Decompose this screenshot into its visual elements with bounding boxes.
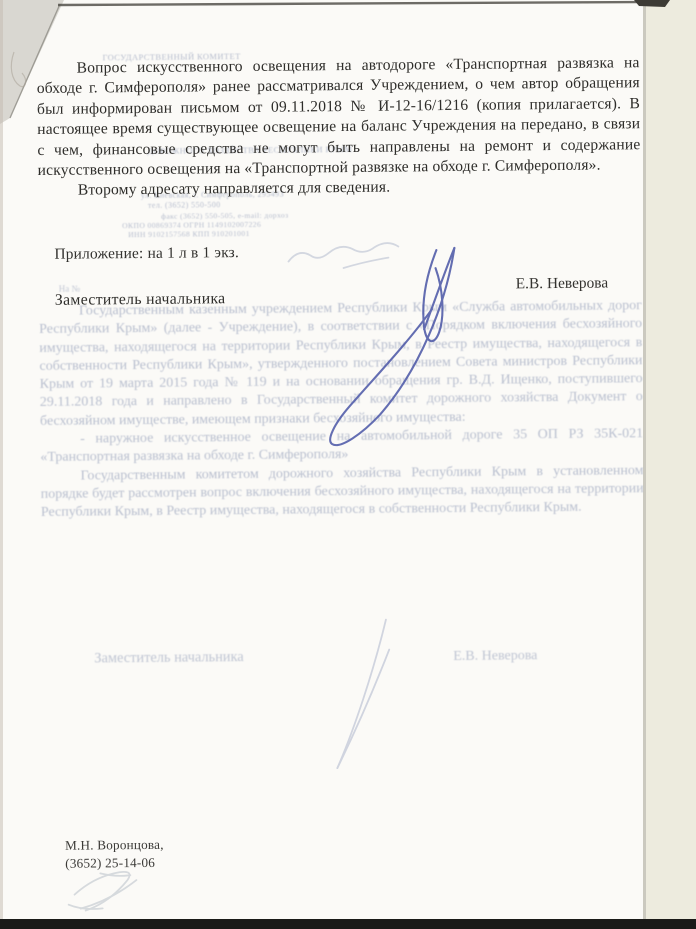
faint-stamp-impression xyxy=(68,872,136,911)
bleed-handwriting-scribble xyxy=(288,243,398,269)
letter-content: ГОСУДАРСТВЕННЫЙ КОМИТЕТ ДОРОЖНОГО ХОЗЯЙС… xyxy=(0,0,696,929)
signature-ink xyxy=(328,248,456,445)
bleed-signature-ink xyxy=(336,620,390,769)
ink-annotations xyxy=(0,0,696,929)
scanned-letter-page: { "letter": { "body_paragraphs": [ "Вопр… xyxy=(0,0,696,929)
